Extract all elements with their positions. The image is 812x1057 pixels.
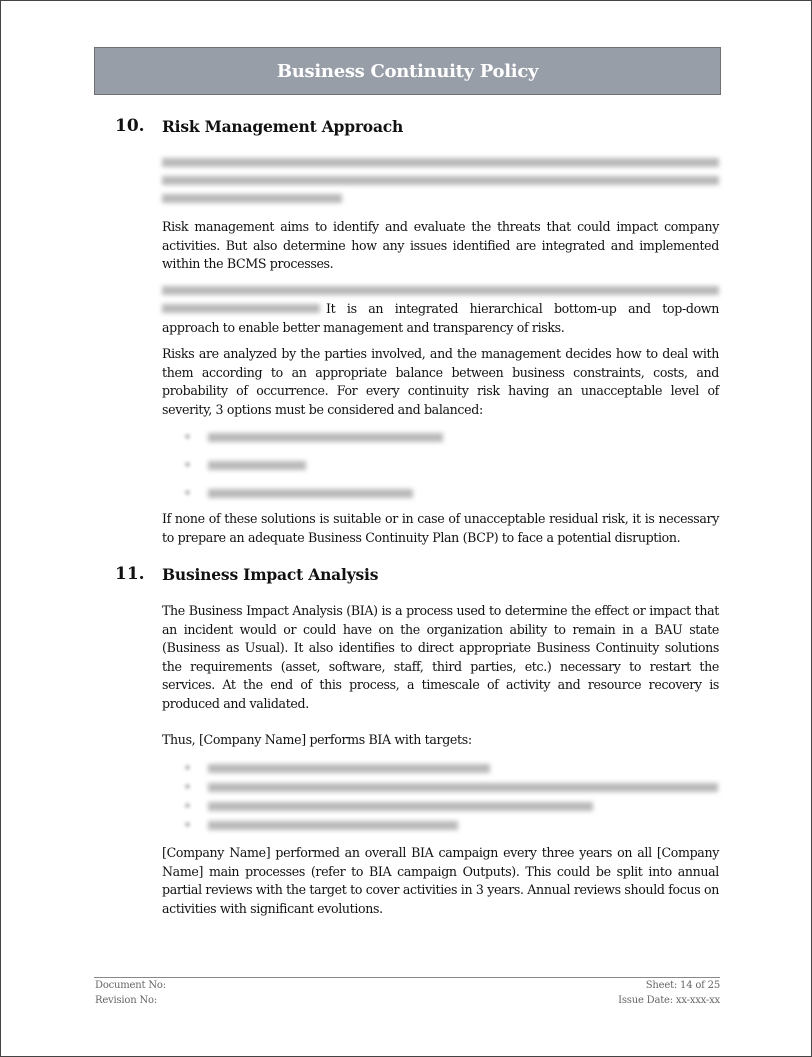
issue-date: Issue Date: xx-xxx-xx (618, 995, 720, 1006)
paragraph: Risk management aims to identify and eva… (162, 218, 719, 274)
paragraph: It is an integrated hierarchical bottom-… (162, 300, 719, 337)
paragraph: The Business Impact Analysis (BIA) is a … (162, 602, 719, 714)
section-number: 11. (115, 564, 145, 584)
paragraph: Thus, [Company Name] performs BIA with t… (162, 731, 719, 750)
paragraph: [Company Name] performed an overall BIA … (162, 844, 719, 918)
paragraph: If none of these solutions is suitable o… (162, 510, 719, 547)
paragraph: Risks are analyzed by the parties involv… (162, 345, 719, 419)
section-title: Risk Management Approach (162, 117, 403, 136)
document-title: Business Continuity Policy (277, 61, 538, 82)
document-number-label: Document No: (95, 980, 166, 991)
redacted-paragraph (162, 154, 719, 210)
revision-number-label: Revision No: (95, 995, 157, 1006)
footer-divider (94, 977, 720, 978)
section-title: Business Impact Analysis (162, 565, 378, 584)
sheet-number: Sheet: 14 of 25 (646, 980, 720, 991)
document-title-bar: Business Continuity Policy (94, 47, 721, 95)
section-number: 10. (115, 116, 145, 136)
